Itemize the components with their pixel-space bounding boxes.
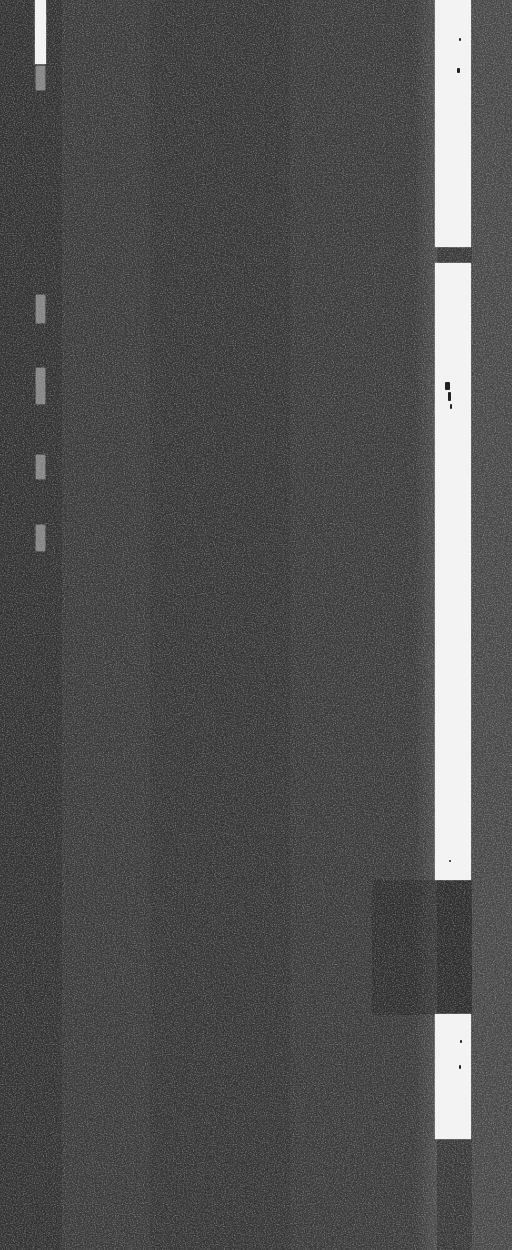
left-lane-dash-worn [36, 66, 45, 90]
marking-chip [457, 68, 460, 73]
marking-chip [460, 1040, 462, 1043]
right-edge-line-segment [435, 1014, 471, 1139]
marking-chip [450, 404, 452, 409]
marking-chip [448, 392, 451, 401]
left-lane-dash [35, 0, 46, 64]
marking-chip [445, 382, 450, 390]
marking-chip [459, 1065, 461, 1069]
road-photo [0, 0, 512, 1250]
left-lane-dash-worn [36, 295, 45, 323]
right-edge-line-segment [435, 0, 471, 247]
marking-chip [449, 860, 451, 862]
marking-chip [459, 38, 461, 41]
right-edge-line-segment [435, 263, 471, 880]
left-lane-dash-worn [36, 455, 45, 479]
left-lane-dash-worn [36, 368, 45, 404]
left-lane-dash-worn [36, 525, 45, 551]
